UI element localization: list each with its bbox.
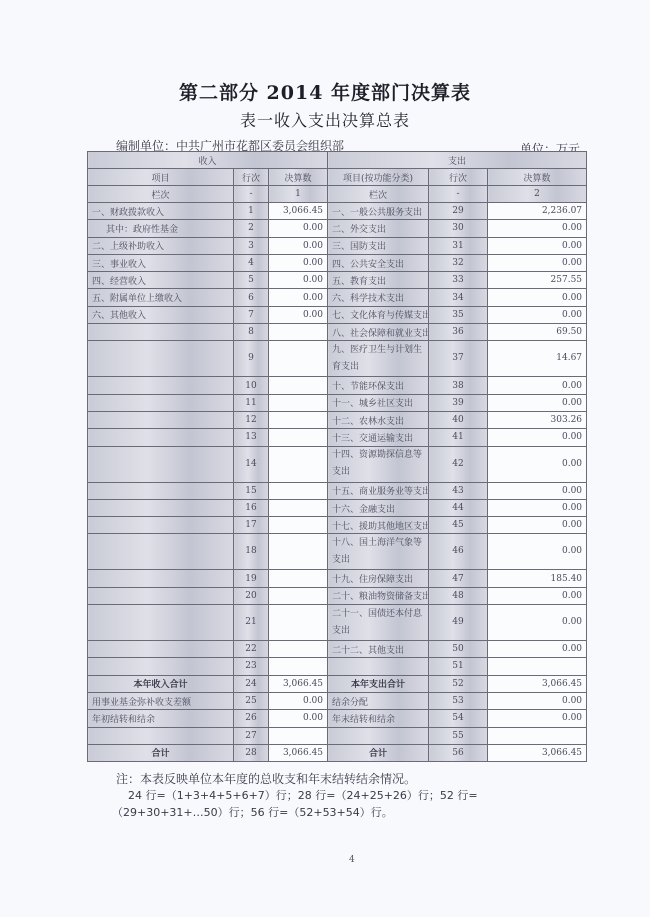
expense-row-number: 54	[429, 710, 488, 727]
expense-amount: 0.00	[488, 429, 587, 446]
expense-amount: 257.55	[488, 272, 587, 289]
expense-row-number: 42	[429, 446, 488, 482]
income-amount: 0.00	[269, 237, 328, 254]
income-item	[88, 341, 234, 377]
section-header-row: 收入 支出	[88, 152, 587, 169]
expense-amount: 0.00	[488, 306, 587, 323]
column-header-row: 项目 行次 决算数 项目(按功能分类) 行次 决算数	[88, 169, 587, 186]
index-expense-row: -	[429, 186, 488, 203]
income-item	[88, 658, 234, 675]
expense-row-number: 38	[429, 377, 488, 394]
expense-row-number: 30	[429, 220, 488, 237]
income-amount: 0.00	[269, 692, 328, 709]
expense-row-number: 47	[429, 570, 488, 587]
expense-item	[328, 658, 429, 675]
income-amount	[269, 605, 328, 641]
expense-item: 十七、援助其他地区支出	[328, 517, 429, 534]
table-row: 年初结转和结余260.00年末结转和结余540.00	[88, 710, 587, 727]
income-item	[88, 570, 234, 587]
expense-row-number: 50	[429, 641, 488, 658]
expense-row-number: 31	[429, 237, 488, 254]
income-row-number: 26	[234, 710, 269, 727]
expense-row-number: 29	[429, 203, 488, 220]
income-row-number: 5	[234, 272, 269, 289]
table-note: 注：本表反映单位本年度的总收支和年末结转结余情况。	[116, 770, 416, 787]
expense-row-number: 36	[429, 324, 488, 341]
income-item: 年初结转和结余	[88, 710, 234, 727]
expense-amount: 0.00	[488, 254, 587, 271]
expense-item: 四、公共安全支出	[328, 254, 429, 271]
expense-amount: 0.00	[488, 499, 587, 516]
income-row-number: 21	[234, 605, 269, 641]
col-income-row: 行次	[234, 169, 269, 186]
table-row: 六、其他收入70.00七、文化体育与传媒支出350.00	[88, 306, 587, 323]
expense-amount: 185.40	[488, 570, 587, 587]
income-item	[88, 499, 234, 516]
expense-row-number: 56	[429, 744, 488, 761]
table-row: 8八、社会保障和就业支出3669.50	[88, 324, 587, 341]
income-item	[88, 641, 234, 658]
expense-item: 九、医疗卫生与计划生育支出	[328, 341, 429, 377]
income-amount: 0.00	[269, 306, 328, 323]
expense-amount: 0.00	[488, 482, 587, 499]
table-row: 三、事业收入40.00四、公共安全支出320.00	[88, 254, 587, 271]
expense-amount: 0.00	[488, 517, 587, 534]
expense-row-number: 46	[429, 534, 488, 570]
table-row: 其中：政府性基金20.00二、外交支出300.00	[88, 220, 587, 237]
income-row-number: 7	[234, 306, 269, 323]
income-amount: 0.00	[269, 272, 328, 289]
expense-amount: 3,066.45	[488, 675, 587, 692]
table-row: 14十四、资源勘探信息等支出420.00	[88, 446, 587, 482]
income-amount	[269, 394, 328, 411]
income-row-number: 22	[234, 641, 269, 658]
income-item: 四、经营收入	[88, 272, 234, 289]
income-row-number: 16	[234, 499, 269, 516]
page-number: 4	[349, 855, 355, 865]
income-row-number: 25	[234, 692, 269, 709]
formula-note: 24 行=（1+3+4+5+6+7）行；28 行=（24+25+26）行；52 …	[112, 787, 542, 821]
col-expense-row: 行次	[429, 169, 488, 186]
expense-item: 八、社会保障和就业支出	[328, 324, 429, 341]
income-row-number: 6	[234, 289, 269, 306]
income-item	[88, 377, 234, 394]
expense-amount: 303.26	[488, 411, 587, 428]
table-row: 2755	[88, 727, 587, 744]
income-item	[88, 587, 234, 604]
expense-row-number: 32	[429, 254, 488, 271]
expense-amount: 0.00	[488, 587, 587, 604]
expense-row-number: 48	[429, 587, 488, 604]
expense-item: 年末结转和结余	[328, 710, 429, 727]
expense-item: 一、一般公共服务支出	[328, 203, 429, 220]
income-row-number: 12	[234, 411, 269, 428]
income-item	[88, 482, 234, 499]
expense-item: 十八、国土海洋气象等支出	[328, 534, 429, 570]
income-row-number: 3	[234, 237, 269, 254]
expense-amount	[488, 727, 587, 744]
expense-amount: 14.67	[488, 341, 587, 377]
expense-item: 十一、城乡社区支出	[328, 394, 429, 411]
income-item: 一、财政拨款收入	[88, 203, 234, 220]
income-item	[88, 534, 234, 570]
expense-row-number: 40	[429, 411, 488, 428]
page-title: 第二部分 2014 年度部门决算表	[0, 78, 650, 105]
expense-amount: 69.50	[488, 324, 587, 341]
expense-item: 十二、农林水支出	[328, 411, 429, 428]
income-row-number: 8	[234, 324, 269, 341]
income-amount: 0.00	[269, 289, 328, 306]
expense-row-number: 53	[429, 692, 488, 709]
income-expense-table: 收入 支出 项目 行次 决算数 项目(按功能分类) 行次 决算数 栏次 - 1 …	[87, 151, 587, 762]
income-amount	[269, 727, 328, 744]
income-row-number: 20	[234, 587, 269, 604]
income-amount: 0.00	[269, 254, 328, 271]
table-row: 21二十一、国债还本付息支出490.00	[88, 605, 587, 641]
income-item	[88, 605, 234, 641]
expense-item: 十三、交通运输支出	[328, 429, 429, 446]
expense-row-number: 41	[429, 429, 488, 446]
income-amount: 0.00	[269, 710, 328, 727]
expense-row-number: 34	[429, 289, 488, 306]
income-row-number: 14	[234, 446, 269, 482]
income-item: 五、附属单位上缴收入	[88, 289, 234, 306]
expense-item: 二、外交支出	[328, 220, 429, 237]
expense-item: 六、科学技术支出	[328, 289, 429, 306]
expense-item: 十五、商业服务业等支出	[328, 482, 429, 499]
income-amount	[269, 534, 328, 570]
income-row-number: 1	[234, 203, 269, 220]
table-row: 用事业基金弥补收支差额250.00结余分配530.00	[88, 692, 587, 709]
expense-amount: 0.00	[488, 605, 587, 641]
income-amount	[269, 517, 328, 534]
expense-row-number: 37	[429, 341, 488, 377]
income-row-number: 11	[234, 394, 269, 411]
table-row: 15十五、商业服务业等支出430.00	[88, 482, 587, 499]
income-row-number: 9	[234, 341, 269, 377]
expense-amount: 0.00	[488, 220, 587, 237]
income-row-number: 27	[234, 727, 269, 744]
col-expense-item: 项目(按功能分类)	[328, 169, 429, 186]
expense-item: 本年支出合计	[328, 675, 429, 692]
table-row: 22二十二、其他支出500.00	[88, 641, 587, 658]
income-row-number: 2	[234, 220, 269, 237]
expense-item: 十六、金融支出	[328, 499, 429, 516]
table-row: 一、财政拨款收入13,066.45一、一般公共服务支出292,236.07	[88, 203, 587, 220]
income-amount	[269, 411, 328, 428]
income-item	[88, 727, 234, 744]
expense-row-number: 52	[429, 675, 488, 692]
income-item: 合计	[88, 744, 234, 761]
index-income-row: -	[234, 186, 269, 203]
index-label-expense: 栏次	[328, 186, 429, 203]
income-amount	[269, 658, 328, 675]
table-row: 五、附属单位上缴收入60.00六、科学技术支出340.00	[88, 289, 587, 306]
expense-row-number: 45	[429, 517, 488, 534]
index-income-amount: 1	[269, 186, 328, 203]
income-header: 收入	[88, 152, 328, 169]
income-row-number: 18	[234, 534, 269, 570]
income-amount	[269, 341, 328, 377]
col-expense-amount: 决算数	[488, 169, 587, 186]
expense-item: 结余分配	[328, 692, 429, 709]
income-item: 三、事业收入	[88, 254, 234, 271]
table-row: 19十九、住房保障支出47185.40	[88, 570, 587, 587]
table-row: 2351	[88, 658, 587, 675]
expense-amount	[488, 658, 587, 675]
expense-row-number: 39	[429, 394, 488, 411]
expense-row-number: 33	[429, 272, 488, 289]
expense-row-number: 55	[429, 727, 488, 744]
income-row-number: 15	[234, 482, 269, 499]
table-row: 四、经营收入50.00五、教育支出33257.55	[88, 272, 587, 289]
expense-header: 支出	[328, 152, 587, 169]
expense-amount: 0.00	[488, 692, 587, 709]
expense-item: 合计	[328, 744, 429, 761]
table-row: 13十三、交通运输支出410.00	[88, 429, 587, 446]
income-amount	[269, 324, 328, 341]
expense-row-number: 49	[429, 605, 488, 641]
income-item	[88, 517, 234, 534]
income-amount	[269, 587, 328, 604]
expense-row-number: 51	[429, 658, 488, 675]
income-amount	[269, 446, 328, 482]
table-row: 9九、医疗卫生与计划生育支出3714.67	[88, 341, 587, 377]
expense-amount: 0.00	[488, 394, 587, 411]
table-row: 17十七、援助其他地区支出450.00	[88, 517, 587, 534]
expense-item: 五、教育支出	[328, 272, 429, 289]
income-item: 六、其他收入	[88, 306, 234, 323]
income-amount: 3,066.45	[269, 203, 328, 220]
income-amount: 3,066.45	[269, 744, 328, 761]
expense-amount: 0.00	[488, 289, 587, 306]
expense-amount: 0.00	[488, 534, 587, 570]
expense-amount: 0.00	[488, 237, 587, 254]
expense-item: 十四、资源勘探信息等支出	[328, 446, 429, 482]
table-row: 18十八、国土海洋气象等支出460.00	[88, 534, 587, 570]
table-row: 20二十、粮油物资储备支出480.00	[88, 587, 587, 604]
income-amount	[269, 641, 328, 658]
income-row-number: 24	[234, 675, 269, 692]
expense-amount: 0.00	[488, 710, 587, 727]
income-item	[88, 394, 234, 411]
income-item	[88, 324, 234, 341]
expense-item: 三、国防支出	[328, 237, 429, 254]
expense-item: 十、节能环保支出	[328, 377, 429, 394]
income-item	[88, 429, 234, 446]
income-row-number: 17	[234, 517, 269, 534]
col-income-amount: 决算数	[269, 169, 328, 186]
income-item	[88, 411, 234, 428]
expense-row-number: 44	[429, 499, 488, 516]
expense-amount: 3,066.45	[488, 744, 587, 761]
table-row: 16十六、金融支出440.00	[88, 499, 587, 516]
income-amount: 3,066.45	[269, 675, 328, 692]
expense-row-number: 43	[429, 482, 488, 499]
expense-item: 二十、粮油物资储备支出	[328, 587, 429, 604]
col-income-item: 项目	[88, 169, 234, 186]
expense-amount: 2,236.07	[488, 203, 587, 220]
expense-item	[328, 727, 429, 744]
income-amount	[269, 570, 328, 587]
income-row-number: 28	[234, 744, 269, 761]
expense-item: 七、文化体育与传媒支出	[328, 306, 429, 323]
expense-amount: 0.00	[488, 446, 587, 482]
expense-item: 二十一、国债还本付息支出	[328, 605, 429, 641]
income-row-number: 4	[234, 254, 269, 271]
income-item: 本年收入合计	[88, 675, 234, 692]
expense-amount: 0.00	[488, 377, 587, 394]
table-subtitle: 表一收入支出决算总表	[0, 108, 650, 131]
income-amount	[269, 482, 328, 499]
income-amount	[269, 377, 328, 394]
income-item	[88, 446, 234, 482]
income-item: 用事业基金弥补收支差额	[88, 692, 234, 709]
index-expense-amount: 2	[488, 186, 587, 203]
income-item: 其中：政府性基金	[88, 220, 234, 237]
expense-item: 十九、住房保障支出	[328, 570, 429, 587]
income-amount	[269, 429, 328, 446]
income-row-number: 10	[234, 377, 269, 394]
table-row: 10十、节能环保支出380.00	[88, 377, 587, 394]
expense-item: 二十二、其他支出	[328, 641, 429, 658]
income-item: 二、上级补助收入	[88, 237, 234, 254]
column-index-row: 栏次 - 1 栏次 - 2	[88, 186, 587, 203]
index-label: 栏次	[88, 186, 234, 203]
table-row: 11十一、城乡社区支出390.00	[88, 394, 587, 411]
expense-amount: 0.00	[488, 641, 587, 658]
income-row-number: 23	[234, 658, 269, 675]
table-row: 合计283,066.45合计563,066.45	[88, 744, 587, 761]
income-row-number: 19	[234, 570, 269, 587]
income-amount	[269, 499, 328, 516]
income-amount: 0.00	[269, 220, 328, 237]
table-row: 12十二、农林水支出40303.26	[88, 411, 587, 428]
income-row-number: 13	[234, 429, 269, 446]
table-row: 二、上级补助收入30.00三、国防支出310.00	[88, 237, 587, 254]
expense-row-number: 35	[429, 306, 488, 323]
table-row: 本年收入合计243,066.45本年支出合计523,066.45	[88, 675, 587, 692]
